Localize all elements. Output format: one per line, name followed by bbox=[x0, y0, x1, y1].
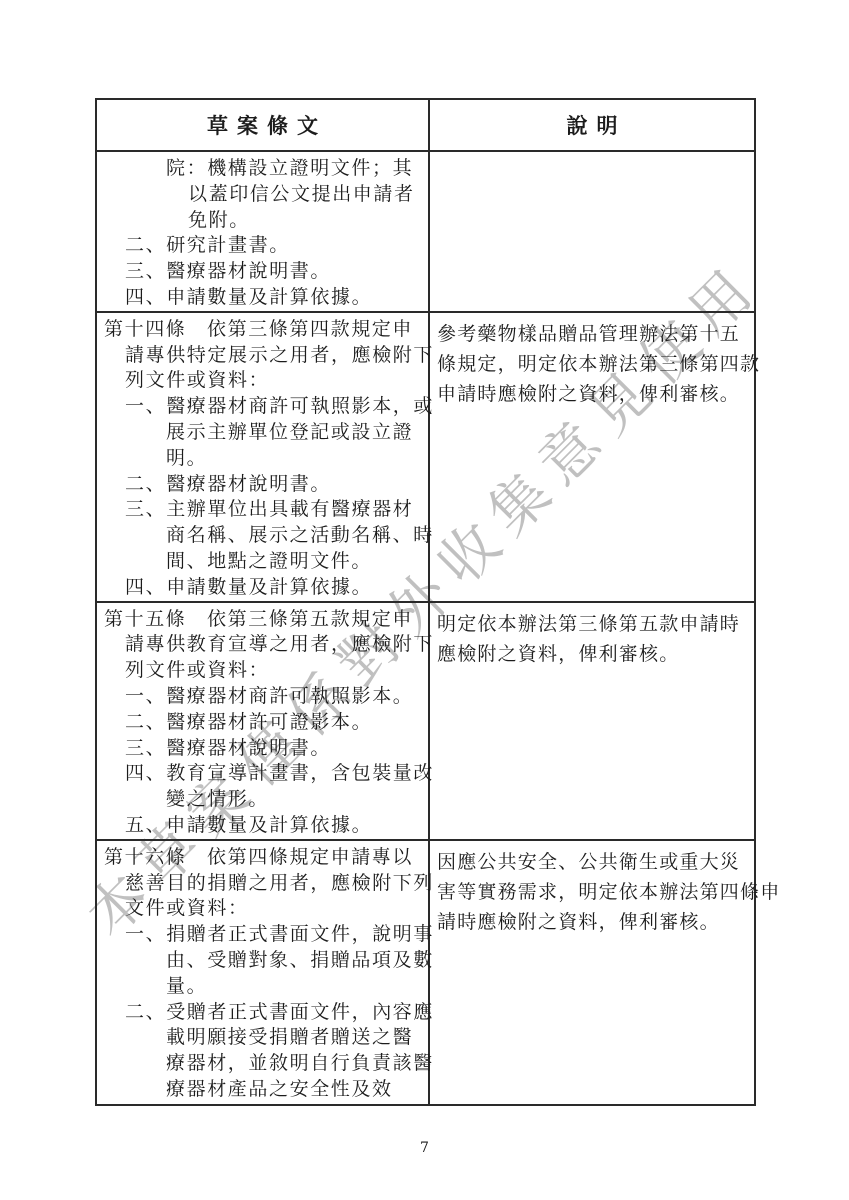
text-line: 申請時應檢附之資料，俾利審核。 bbox=[437, 379, 760, 409]
text-line: 變之情形。 bbox=[104, 787, 424, 813]
text-line: 三、醫療器材說明書。 bbox=[104, 259, 424, 285]
text-line: 文件或資料： bbox=[104, 896, 424, 922]
text-line: 院：機構設立證明文件；其 bbox=[104, 156, 424, 182]
text-line: 請專供教育宣導之用者，應檢附下 bbox=[104, 632, 424, 658]
text-line: 條規定，明定依本辦法第三條第四款 bbox=[437, 349, 760, 379]
text-line: 二、醫療器材說明書。 bbox=[104, 472, 424, 498]
text-line: 請專供特定展示之用者，應檢附下 bbox=[104, 343, 424, 369]
text-line: 二、醫療器材許可證影本。 bbox=[104, 710, 424, 736]
text-line: 列文件或資料： bbox=[104, 658, 424, 684]
text-line: 三、醫療器材說明書。 bbox=[104, 736, 424, 762]
draft-cell-article-14: 第十四條 依第三條第四款規定申 請專供特定展示之用者，應檢附下 列文件或資料： … bbox=[97, 313, 430, 601]
text-line: 量。 bbox=[104, 974, 424, 1000]
explanation-cell-article-14: 參考藥物樣品贈品管理辦法第十五 條規定，明定依本辦法第三條第四款 申請時應檢附之… bbox=[430, 313, 766, 601]
text-line: 第十四條 依第三條第四款規定申 bbox=[104, 317, 424, 343]
table-header-row: 草案條文 說明 bbox=[97, 100, 754, 150]
column-header-explanation: 說明 bbox=[558, 110, 627, 140]
text-line: 展示主辦單位登記或設立證 bbox=[104, 420, 424, 446]
text-line: 載明願接受捐贈者贈送之醫 bbox=[104, 1025, 424, 1051]
text-line: 明定依本辦法第三條第五款申請時 bbox=[437, 609, 748, 639]
text-line: 因應公共安全、公共衛生或重大災 bbox=[437, 847, 780, 877]
text-line: 慈善目的捐贈之用者，應檢附下列 bbox=[104, 871, 424, 897]
text-line: 第十六條 依第四條規定申請專以 bbox=[104, 845, 424, 871]
text-line: 明。 bbox=[104, 446, 424, 472]
draft-cell-article-15: 第十五條 依第三條第五款規定申 請專供教育宣導之用者，應檢附下 列文件或資料： … bbox=[97, 603, 430, 839]
text-line: 應檢附之資料，俾利審核。 bbox=[437, 639, 748, 669]
text-line: 商名稱、展示之活動名稱、時 bbox=[104, 523, 424, 549]
header-cell-explanation: 說明 bbox=[430, 100, 754, 150]
text-line: 療器材產品之安全性及效 bbox=[104, 1077, 424, 1103]
table-row-article-14: 第十四條 依第三條第四款規定申 請專供特定展示之用者，應檢附下 列文件或資料： … bbox=[97, 311, 754, 601]
text-line: 害等實務需求，明定依本辦法第四條申 bbox=[437, 877, 780, 907]
explanation-cell-article-15: 明定依本辦法第三條第五款申請時 應檢附之資料，俾利審核。 bbox=[430, 603, 754, 839]
text-line: 參考藥物樣品贈品管理辦法第十五 bbox=[437, 319, 760, 349]
text-line: 以蓋印信公文提出申請者 bbox=[104, 182, 424, 208]
explanation-cell-empty bbox=[430, 152, 754, 311]
page-number: 7 bbox=[0, 1140, 849, 1156]
table-row-continuation: 院：機構設立證明文件；其 以蓋印信公文提出申請者 免附。 二、研究計畫書。 三、… bbox=[97, 150, 754, 311]
text-line: 列文件或資料： bbox=[104, 368, 424, 394]
text-line: 三、主辦單位出具載有醫療器材 bbox=[104, 497, 424, 523]
column-header-draft-provisions: 草案條文 bbox=[198, 110, 327, 140]
text-line: 二、受贈者正式書面文件，內容應 bbox=[104, 1000, 424, 1026]
text-line: 間、地點之證明文件。 bbox=[104, 549, 424, 575]
text-line: 四、教育宣導計畫書，含包裝量改 bbox=[104, 761, 424, 787]
text-line: 四、申請數量及計算依據。 bbox=[104, 575, 424, 601]
text-line: 四、申請數量及計算依據。 bbox=[104, 285, 424, 311]
table-row-article-15: 第十五條 依第三條第五款規定申 請專供教育宣導之用者，應檢附下 列文件或資料： … bbox=[97, 601, 754, 839]
text-line: 一、醫療器材商許可執照影本，或 bbox=[104, 394, 424, 420]
text-line: 請時應檢附之資料，俾利審核。 bbox=[437, 907, 780, 937]
text-line: 免附。 bbox=[104, 208, 424, 234]
draft-cell-article-16: 第十六條 依第四條規定申請專以 慈善目的捐贈之用者，應檢附下列 文件或資料： 一… bbox=[97, 841, 430, 1104]
text-line: 第十五條 依第三條第五款規定申 bbox=[104, 607, 424, 633]
text-line: 一、醫療器材商許可執照影本。 bbox=[104, 684, 424, 710]
draft-cell-continuation: 院：機構設立證明文件；其 以蓋印信公文提出申請者 免附。 二、研究計畫書。 三、… bbox=[97, 152, 430, 311]
header-cell-draft-provisions: 草案條文 bbox=[97, 100, 430, 150]
text-line: 一、捐贈者正式書面文件，說明事 bbox=[104, 922, 424, 948]
text-line: 二、研究計畫書。 bbox=[104, 233, 424, 259]
draft-provisions-table: 草案條文 說明 院：機構設立證明文件；其 以蓋印信公文提出申請者 免附。 二、研… bbox=[95, 98, 756, 1106]
document-page: 本草案僅係對外收集意見使用 草案條文 說明 院：機構設立證明文件；其 以蓋印信公… bbox=[0, 0, 849, 1200]
explanation-cell-article-16: 因應公共安全、公共衛生或重大災 害等實務需求，明定依本辦法第四條申 請時應檢附之… bbox=[430, 841, 786, 1104]
table-row-article-16: 第十六條 依第四條規定申請專以 慈善目的捐贈之用者，應檢附下列 文件或資料： 一… bbox=[97, 839, 754, 1104]
text-line: 五、申請數量及計算依據。 bbox=[104, 813, 424, 839]
text-line: 療器材，並敘明自行負責該醫 bbox=[104, 1051, 424, 1077]
text-line: 由、受贈對象、捐贈品項及數 bbox=[104, 948, 424, 974]
